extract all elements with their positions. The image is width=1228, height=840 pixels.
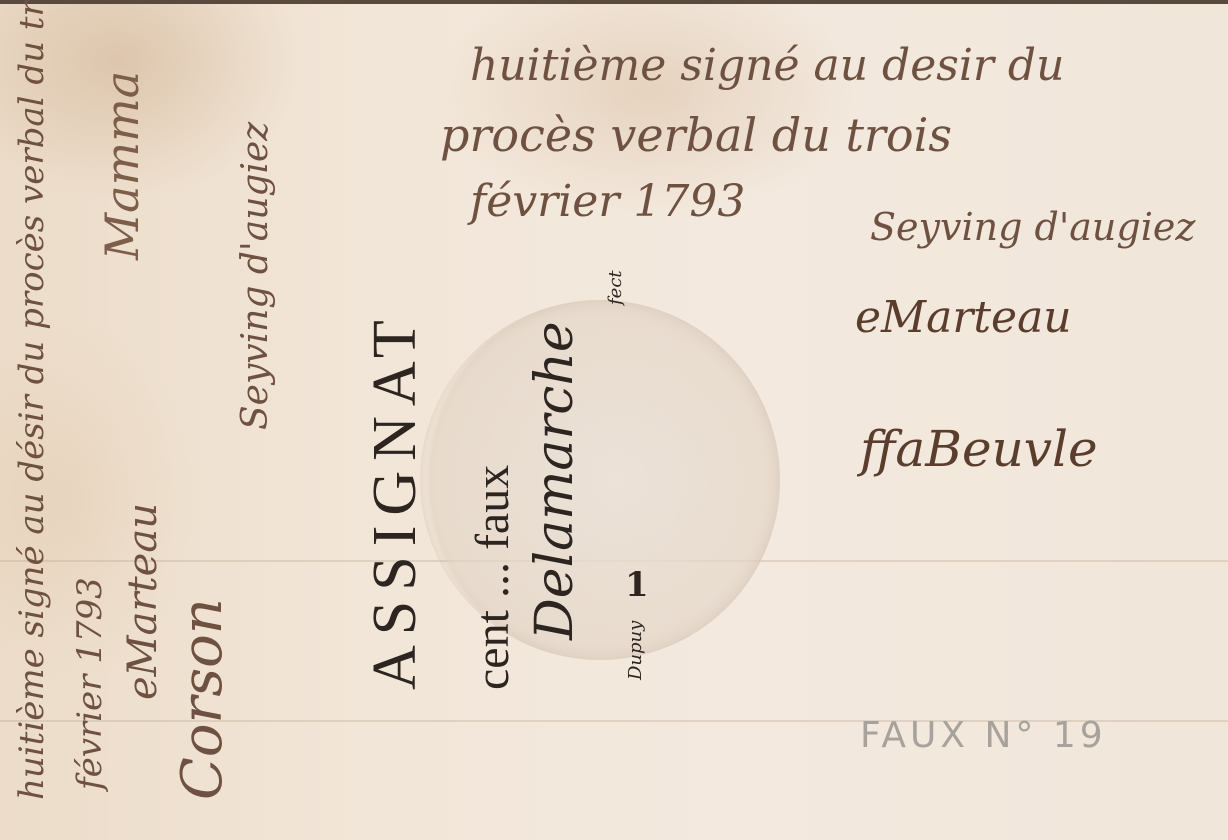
left-signature-corson: Corson <box>170 598 235 800</box>
left-text-col-2: février 1793 <box>70 577 110 790</box>
assignat-mark-top: fect <box>605 270 626 305</box>
assignat-title: ASSIGNAT <box>360 310 431 690</box>
handwritten-line-3: février 1793 <box>470 176 745 227</box>
assignat-line-2: cent ... faux <box>465 465 520 690</box>
signature-beuvle: ffaBeuvle <box>860 420 1098 478</box>
assignat-signature: Delamarche <box>525 321 585 640</box>
signature-marteau: eMarteau <box>855 292 1072 343</box>
left-text-seyving: Seyving d'augiez <box>235 122 276 430</box>
document-page: huitième signé au desir du procès verbal… <box>0 0 1228 840</box>
left-flourish: Mamma <box>95 71 149 260</box>
signature-seyving: Seyving d'augiez <box>870 205 1195 249</box>
assignat-mark-bottom: Dupuy <box>625 621 646 680</box>
assignat-numeral: 1 <box>625 565 649 605</box>
top-edge <box>0 0 1228 4</box>
handwritten-line-1: huitième signé au desir du <box>470 40 1064 91</box>
left-signature-marteau: eMarteau <box>120 503 166 700</box>
pencil-note: FAUX N° 19 <box>860 715 1107 756</box>
handwritten-line-2: procès verbal du trois <box>440 108 952 162</box>
left-text-col-1: huitième signé au désir du procès verbal… <box>12 0 52 800</box>
